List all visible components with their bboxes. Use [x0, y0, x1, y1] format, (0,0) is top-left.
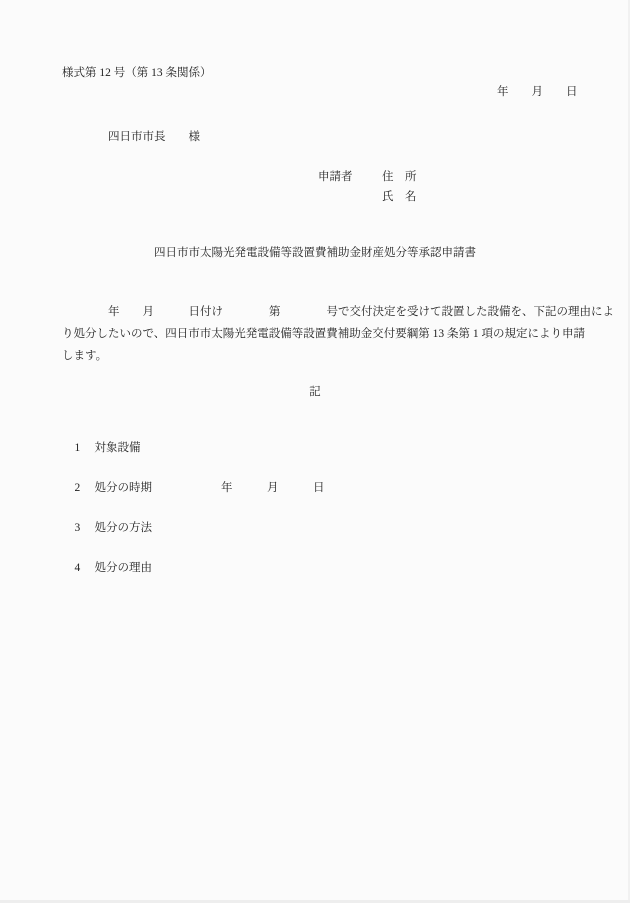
- body-line-3: します。: [62, 348, 107, 364]
- form-number: 様式第 12 号（第 13 条関係）: [62, 65, 212, 81]
- item-label: 対象設備: [95, 442, 141, 454]
- item-number: 1: [75, 440, 95, 456]
- item-label: 処分の方法: [95, 522, 153, 534]
- list-item-disposal-reason: 4処分の理由: [63, 544, 152, 592]
- item-number: 3: [75, 520, 95, 536]
- item-label: 処分の時期: [95, 482, 153, 494]
- item-label: 処分の理由: [95, 562, 153, 574]
- document-title: 四日市市太陽光発電設備等設置費補助金財産処分等承認申請書: [0, 245, 630, 261]
- document-page: 様式第 12 号（第 13 条関係） 年 月 日 四日市市長 様 申請者 住 所…: [0, 0, 630, 903]
- section-marker-ki: 記: [0, 384, 630, 400]
- item-number: 4: [75, 560, 95, 576]
- body-line-2: り処分したいので、四日市市太陽光発電設備等設置費補助金交付要綱第 13 条第 1…: [62, 326, 585, 342]
- item-date-placeholder: 年 月 日: [152, 482, 325, 494]
- applicant-name-label: 氏 名: [382, 189, 417, 205]
- body-line-1: 年 月 日付け 第 号で交付決定を受けて設置した設備を、下記の理由によ: [62, 304, 614, 320]
- applicant-label: 申請者: [318, 169, 353, 185]
- item-number: 2: [75, 480, 95, 496]
- addressee-line: 四日市市長 様: [108, 129, 200, 145]
- applicant-address-label: 住 所: [382, 169, 417, 185]
- issue-date-line: 年 月 日: [497, 84, 578, 100]
